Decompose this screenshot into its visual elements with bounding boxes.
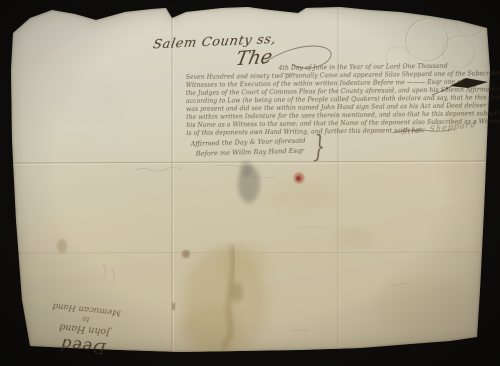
attestation-line: Before me Willm Ray Hand Esqr [196,147,305,158]
photo-backdrop: Salem County ss, The 4th Day of June in … [0,0,500,366]
docket-block: Deed John Hand to Memucan Hand [22,266,151,366]
body-line: is of this deponents own Hand Writing, a… [186,127,421,137]
attestation-bracket: } [313,129,326,164]
